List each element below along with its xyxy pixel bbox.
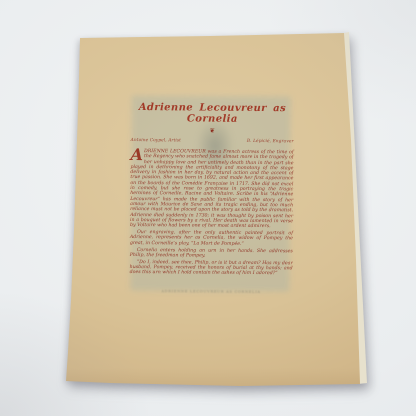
body-text: ADRIENNE LECOUVREUR was a French actress…: [130, 149, 294, 277]
credit-engraver: B. Lépicié, Engraver: [247, 139, 294, 144]
paragraph-quote: “Do I, indeed, see thee, Philip, or is i…: [130, 260, 293, 277]
paragraph-3: Cornelia enters holding an urn in her ha…: [130, 248, 293, 260]
drop-cap: A: [131, 149, 145, 162]
photo-backdrop: Adrienne Lecouvreur as Cornelia ❦ Antoin…: [0, 0, 416, 416]
printed-text-block: Adrienne Lecouvreur as Cornelia ❦ Antoin…: [129, 100, 294, 294]
credit-artist: Antoine Coypel, Artist: [131, 138, 181, 143]
paragraph-1: ADRIENNE LECOUVREUR was a French actress…: [130, 149, 294, 230]
credits-row: Antoine Coypel, Artist B. Lépicié, Engra…: [131, 138, 294, 144]
paragraph-2: Our engraving, after the only authentic …: [130, 230, 293, 247]
page-title: Adrienne Lecouvreur as Cornelia: [131, 102, 294, 125]
paragraph-1-text: DRIENNE LECOUVREUR was a French actress …: [130, 149, 294, 229]
fleuron-icon: ❦: [131, 127, 294, 135]
